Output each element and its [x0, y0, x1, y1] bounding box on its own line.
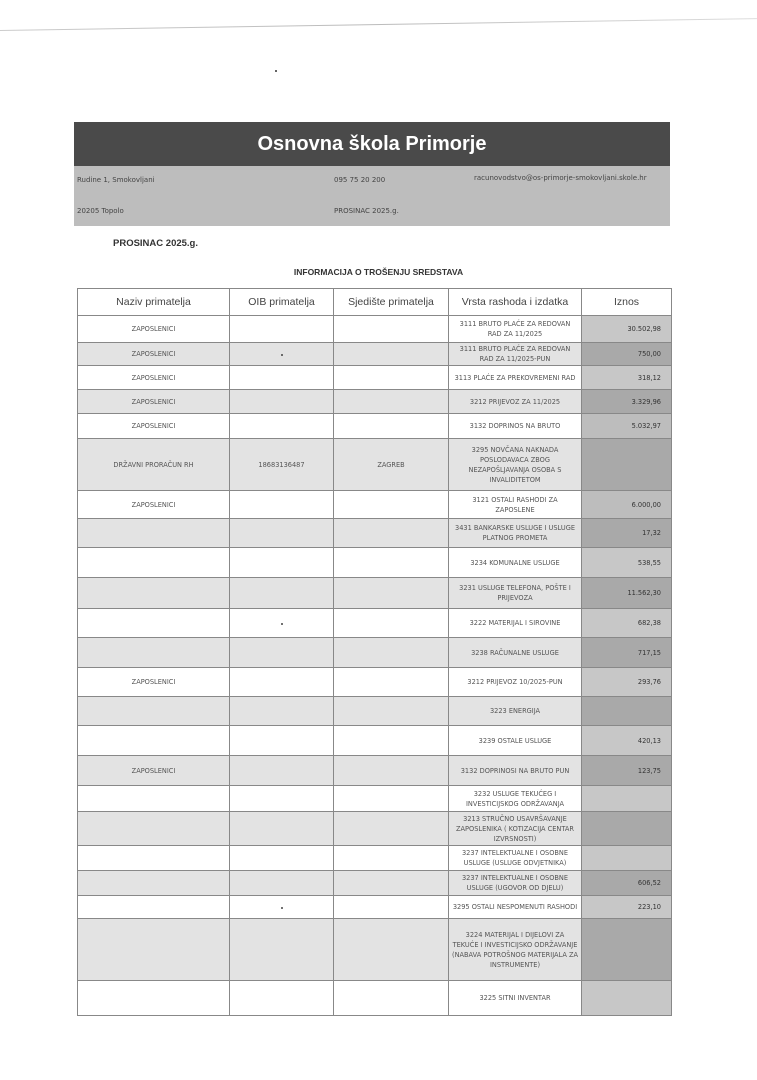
report-title: INFORMACIJA O TROŠENJU SREDSTAVA [0, 267, 757, 277]
scan-speck [281, 623, 283, 625]
amount-cell: 318,12 [582, 366, 672, 390]
expense-type-cell: 3121 OSTALI RASHODI ZA ZAPOSLENE [449, 491, 582, 519]
expense-type-cell: 3132 DOPRINOSI NA BRUTO PUN [449, 756, 582, 786]
recipient-oib-cell [230, 343, 334, 366]
table-row: ZAPOSLENICI3121 OSTALI RASHODI ZA ZAPOSL… [78, 491, 672, 519]
recipient-oib-cell [230, 812, 334, 846]
expense-type-cell: 3237 INTELEKTUALNE I OSOBNE USLUGE (UGOV… [449, 871, 582, 896]
phone-number: 095 75 20 200 [334, 176, 385, 184]
recipient-name-cell [78, 548, 230, 578]
table-row: ZAPOSLENICI3212 PRIJEVOZ ZA 11/20253.329… [78, 390, 672, 414]
column-header: Iznos [582, 289, 672, 316]
recipient-name-cell [78, 846, 230, 871]
recipient-oib-cell [230, 390, 334, 414]
expense-type-cell: 3231 USLUGE TELEFONA, POŠTE I PRIJEVOZA [449, 578, 582, 609]
period-label: PROSINAC 2025.g. [334, 207, 399, 215]
recipient-oib-cell: 18683136487 [230, 439, 334, 491]
recipient-oib-cell [230, 756, 334, 786]
expense-type-cell: 3132 DOPRINOS NA BRUTO [449, 414, 582, 439]
recipient-oib-cell [230, 519, 334, 548]
recipient-name-cell [78, 519, 230, 548]
amount-cell: 30.502,98 [582, 316, 672, 343]
expense-type-cell: 3113 PLAĆE ZA PREKOVREMENI RAD [449, 366, 582, 390]
table-row: 3239 OSTALE USLUGE420,13 [78, 726, 672, 756]
recipient-seat-cell [334, 316, 449, 343]
expense-type-cell: 3212 PRIJEVOZ 10/2025-PUN [449, 668, 582, 697]
table-row: 3237 INTELEKTUALNE I OSOBNE USLUGE (UGOV… [78, 871, 672, 896]
recipient-seat-cell [334, 786, 449, 812]
table-row: 3295 OSTALI NESPOMENUTI RASHODI223,10 [78, 896, 672, 919]
expense-type-cell: 3431 BANKARSKE USLUGE I USLUGE PLATNOG P… [449, 519, 582, 548]
amount-cell: 3.329,96 [582, 390, 672, 414]
table-row: 3232 USLUGE TEKUĆEG I INVESTICIJSKOG ODR… [78, 786, 672, 812]
amount-cell [582, 919, 672, 981]
recipient-name-cell [78, 919, 230, 981]
expense-type-cell: 3232 USLUGE TEKUĆEG I INVESTICIJSKOG ODR… [449, 786, 582, 812]
recipient-seat-cell [334, 366, 449, 390]
table-row: 3431 BANKARSKE USLUGE I USLUGE PLATNOG P… [78, 519, 672, 548]
recipient-seat-cell [334, 548, 449, 578]
table-row: 3223 ENERGIJA [78, 697, 672, 726]
recipient-oib-cell [230, 786, 334, 812]
table-row: ZAPOSLENICI3132 DOPRINOSI NA BRUTO PUN12… [78, 756, 672, 786]
recipient-oib-cell [230, 871, 334, 896]
recipient-oib-cell [230, 896, 334, 919]
column-header: Naziv primatelja [78, 289, 230, 316]
expense-type-cell: 3225 SITNI INVENTAR [449, 981, 582, 1016]
recipient-name-cell [78, 871, 230, 896]
recipient-name-cell [78, 812, 230, 846]
column-header: OIB primatelja [230, 289, 334, 316]
column-header: Vrsta rashoda i izdatka [449, 289, 582, 316]
amount-cell [582, 786, 672, 812]
table-row: ZAPOSLENICI3212 PRIJEVOZ 10/2025-PUN293,… [78, 668, 672, 697]
recipient-name-cell: ZAPOSLENICI [78, 668, 230, 697]
recipient-seat-cell [334, 812, 449, 846]
recipient-name-cell [78, 578, 230, 609]
email-address: racunovodstvo@os-primorje-smokovljani.sk… [474, 174, 647, 182]
table-row: ZAPOSLENICI3111 BRUTO PLAĆE ZA REDOVAN R… [78, 343, 672, 366]
recipient-oib-cell [230, 846, 334, 871]
recipient-name-cell [78, 609, 230, 638]
recipient-oib-cell [230, 548, 334, 578]
recipient-oib-cell [230, 578, 334, 609]
amount-cell [582, 697, 672, 726]
recipient-name-cell [78, 896, 230, 919]
recipient-name-cell [78, 726, 230, 756]
table-row: ZAPOSLENICI3111 BRUTO PLAĆE ZA REDOVAN R… [78, 316, 672, 343]
recipient-seat-cell [334, 668, 449, 697]
column-header: Sjedište primatelja [334, 289, 449, 316]
expense-type-cell: 3223 ENERGIJA [449, 697, 582, 726]
scan-artifact-line [0, 18, 757, 31]
scan-speck [275, 70, 277, 72]
school-info-band: Rudine 1, Smokovljani 20205 Topolo 095 7… [74, 166, 670, 226]
table-row: ZAPOSLENICI3132 DOPRINOS NA BRUTO5.032,9… [78, 414, 672, 439]
amount-cell: 123,75 [582, 756, 672, 786]
amount-cell: 17,32 [582, 519, 672, 548]
table-row: 3234 KOMUNALNE USLUGE538,55 [78, 548, 672, 578]
recipient-oib-cell [230, 491, 334, 519]
recipient-seat-cell: ZAGREB [334, 439, 449, 491]
recipient-seat-cell [334, 390, 449, 414]
recipient-seat-cell [334, 578, 449, 609]
recipient-seat-cell [334, 519, 449, 548]
table-row: ZAPOSLENICI3113 PLAĆE ZA PREKOVREMENI RA… [78, 366, 672, 390]
recipient-name-cell: ZAPOSLENICI [78, 343, 230, 366]
amount-cell: 223,10 [582, 896, 672, 919]
table-row: DRŽAVNI PRORAČUN RH18683136487ZAGREB3295… [78, 439, 672, 491]
recipient-oib-cell [230, 414, 334, 439]
amount-cell [582, 439, 672, 491]
table-row: 3213 STRUČNO USAVRŠAVANJE ZAPOSLENIKA ( … [78, 812, 672, 846]
recipient-name-cell [78, 638, 230, 668]
table-row: 3222 MATERIJAL I SIROVINE682,38 [78, 609, 672, 638]
table-row: 3225 SITNI INVENTAR [78, 981, 672, 1016]
expense-type-cell: 3237 INTELEKTUALNE I OSOBNE USLUGE (USLU… [449, 846, 582, 871]
recipient-seat-cell [334, 896, 449, 919]
recipient-oib-cell [230, 726, 334, 756]
recipient-seat-cell [334, 846, 449, 871]
amount-cell: 538,55 [582, 548, 672, 578]
recipient-oib-cell [230, 609, 334, 638]
recipient-oib-cell [230, 981, 334, 1016]
recipient-name-cell: ZAPOSLENICI [78, 491, 230, 519]
expense-type-cell: 3239 OSTALE USLUGE [449, 726, 582, 756]
table-header-row: Naziv primatelja OIB primatelja Sjedište… [78, 289, 672, 316]
table-row: 3237 INTELEKTUALNE I OSOBNE USLUGE (USLU… [78, 846, 672, 871]
amount-cell [582, 812, 672, 846]
recipient-seat-cell [334, 981, 449, 1016]
recipient-seat-cell [334, 343, 449, 366]
recipient-name-cell: ZAPOSLENICI [78, 756, 230, 786]
expense-type-cell: 3111 BRUTO PLAĆE ZA REDOVAN RAD ZA 11/20… [449, 316, 582, 343]
scan-speck [281, 907, 283, 909]
recipient-oib-cell [230, 919, 334, 981]
amount-cell: 420,13 [582, 726, 672, 756]
recipient-name-cell: ZAPOSLENICI [78, 390, 230, 414]
expense-type-cell: 3234 KOMUNALNE USLUGE [449, 548, 582, 578]
amount-cell: 717,15 [582, 638, 672, 668]
table-row: 3224 MATERIJAL I DIJELOVI ZA TEKUĆE I IN… [78, 919, 672, 981]
recipient-name-cell [78, 697, 230, 726]
amount-cell: 682,38 [582, 609, 672, 638]
recipient-oib-cell [230, 638, 334, 668]
recipient-name-cell: ZAPOSLENICI [78, 316, 230, 343]
month-label: PROSINAC 2025.g. [113, 238, 198, 249]
expense-type-cell: 3295 NOVČANA NAKNADA POSLODAVACA ZBOG NE… [449, 439, 582, 491]
recipient-oib-cell [230, 316, 334, 343]
recipient-seat-cell [334, 697, 449, 726]
recipient-seat-cell [334, 756, 449, 786]
amount-cell [582, 981, 672, 1016]
recipient-oib-cell [230, 366, 334, 390]
table-row: 3231 USLUGE TELEFONA, POŠTE I PRIJEVOZA1… [78, 578, 672, 609]
amount-cell: 293,76 [582, 668, 672, 697]
expense-type-cell: 3213 STRUČNO USAVRŠAVANJE ZAPOSLENIKA ( … [449, 812, 582, 846]
recipient-name-cell: ZAPOSLENICI [78, 414, 230, 439]
expense-type-cell: 3222 MATERIJAL I SIROVINE [449, 609, 582, 638]
recipient-name-cell [78, 786, 230, 812]
amount-cell: 11.562,30 [582, 578, 672, 609]
recipient-oib-cell [230, 668, 334, 697]
recipient-name-cell: DRŽAVNI PRORAČUN RH [78, 439, 230, 491]
amount-cell: 6.000,00 [582, 491, 672, 519]
recipient-seat-cell [334, 919, 449, 981]
recipient-name-cell: ZAPOSLENICI [78, 366, 230, 390]
expense-type-cell: 3212 PRIJEVOZ ZA 11/2025 [449, 390, 582, 414]
amount-cell [582, 846, 672, 871]
address-line-2: 20205 Topolo [77, 207, 124, 215]
scan-speck [281, 354, 283, 356]
recipient-seat-cell [334, 609, 449, 638]
table-row: 3238 RAČUNALNE USLUGE717,15 [78, 638, 672, 668]
amount-cell: 606,52 [582, 871, 672, 896]
amount-cell: 750,00 [582, 343, 672, 366]
recipient-oib-cell [230, 697, 334, 726]
expense-type-cell: 3111 BRUTO PLAĆE ZA REDOVAN RAD ZA 11/20… [449, 343, 582, 366]
address-line-1: Rudine 1, Smokovljani [77, 176, 155, 184]
school-name-banner: Osnovna škola Primorje [74, 122, 670, 166]
recipient-seat-cell [334, 638, 449, 668]
expense-type-cell: 3295 OSTALI NESPOMENUTI RASHODI [449, 896, 582, 919]
recipient-seat-cell [334, 414, 449, 439]
expense-type-cell: 3224 MATERIJAL I DIJELOVI ZA TEKUĆE I IN… [449, 919, 582, 981]
recipient-seat-cell [334, 726, 449, 756]
recipient-name-cell [78, 981, 230, 1016]
spending-table: Naziv primatelja OIB primatelja Sjedište… [77, 288, 672, 1016]
amount-cell: 5.032,97 [582, 414, 672, 439]
recipient-seat-cell [334, 871, 449, 896]
expense-type-cell: 3238 RAČUNALNE USLUGE [449, 638, 582, 668]
recipient-seat-cell [334, 491, 449, 519]
